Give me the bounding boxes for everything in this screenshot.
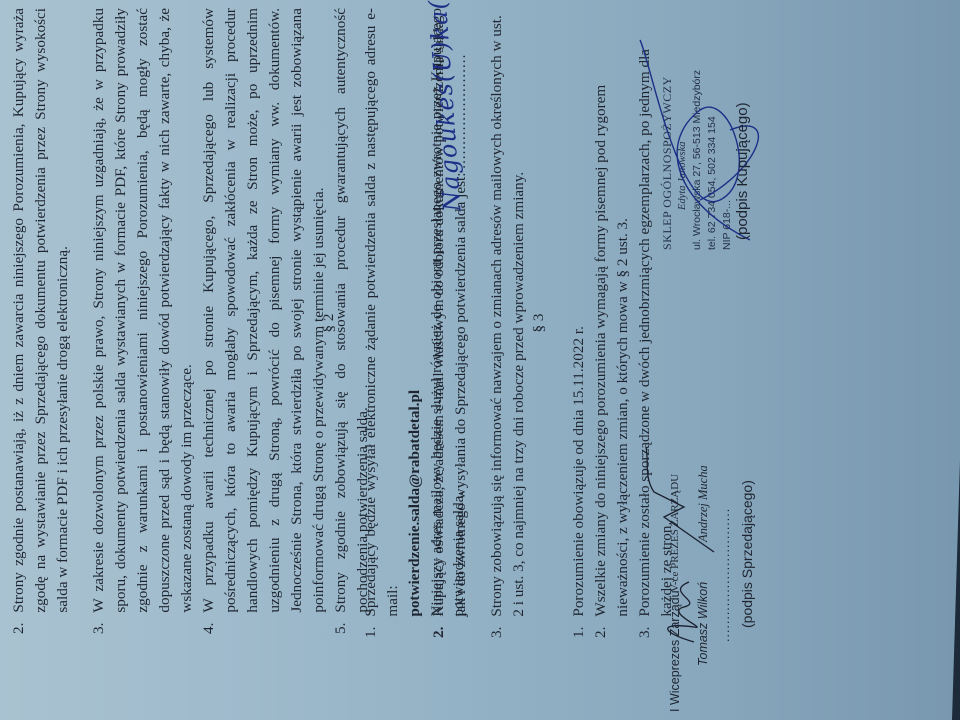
stamp-phone: tel. 62 734 054, 502 334 154 bbox=[705, 30, 720, 250]
seller-name-1: Tomasz Wilkoń bbox=[692, 582, 714, 666]
stamp-owner-name: Edyta Janowska bbox=[675, 30, 690, 250]
list-item: 2. Kupujący oświadcza, że adresem e-mail… bbox=[428, 8, 472, 638]
item-text: Strony zgodnie postanawiają, iż z dniem … bbox=[8, 8, 74, 613]
item-number: 3. bbox=[88, 623, 198, 634]
item-number: 1. bbox=[568, 627, 590, 638]
section-3-heading: § 3 bbox=[528, 8, 550, 638]
item-text: Strony zobowiązują się informować nawzaj… bbox=[486, 8, 530, 617]
list-item: 4. W przypadku awarii technicznej po str… bbox=[198, 8, 330, 638]
item-text: Sprzedający będzie wysyłał elektroniczne… bbox=[362, 8, 401, 617]
seller-signature-caption: (podpis Sprzedającego) bbox=[736, 480, 758, 628]
list-item: 2. Wszelkie zmiany do niniejszego porozu… bbox=[590, 8, 634, 638]
item-text: Porozumienie obowiązuje od dnia 15.11.20… bbox=[568, 326, 590, 616]
item-number: 4. bbox=[198, 623, 330, 634]
list-item: 3. Strony zobowiązują się informować naw… bbox=[486, 8, 530, 638]
stamp-shop-name: SKLEP OGÓLNOSPOŻYWCZY bbox=[660, 30, 675, 250]
buyer-company-stamp: SKLEP OGÓLNOSPOŻYWCZY Edyta Janowska ul.… bbox=[660, 30, 735, 250]
buyer-signature-caption: (podpis Kupującego) bbox=[732, 102, 754, 240]
item-number: 2. bbox=[590, 627, 634, 638]
item-text: W zakresie dozwolonym przez polskie praw… bbox=[88, 8, 198, 613]
list-item: 3. W zakresie dozwolonym przez polskie p… bbox=[88, 8, 198, 638]
section-2-items-2-3: 2. Kupujący oświadcza, że adresem e-mail… bbox=[428, 8, 530, 638]
seller-name-2: Andrzej Mucha bbox=[692, 465, 714, 542]
item-number: 3. bbox=[486, 627, 530, 638]
section-2-heading: § 2 bbox=[318, 8, 340, 638]
stamp-address: ul. Wrocławska 27, 56-513 Międzybórz bbox=[690, 30, 705, 250]
handwritten-buyer-email: Nagoukes(U)ka(@)... bbox=[422, 0, 463, 212]
seller-signature-line: .............................. bbox=[714, 508, 736, 642]
seller-title-2: V-ce PREZES ZARZĄDU bbox=[664, 474, 686, 592]
item-number: 2. bbox=[8, 623, 74, 634]
item-text: Wszelkie zmiany do niniejszego porozumie… bbox=[590, 8, 634, 617]
seller-title-1: I Wiceprezes Zarządu bbox=[664, 590, 686, 712]
seller-email: potwierdzenie.salda@rabatdetal.pl bbox=[406, 390, 423, 617]
list-item: 1. Porozumienie obowiązuje od dnia 15.11… bbox=[568, 8, 590, 638]
item-number: 2. bbox=[428, 627, 472, 638]
item-text: W przypadku awarii technicznej po stroni… bbox=[198, 8, 330, 613]
list-item: 2. Strony zgodnie postanawiają, iż z dni… bbox=[8, 8, 74, 638]
document-page: 2. Strony zgodnie postanawiają, iż z dni… bbox=[0, 0, 960, 720]
